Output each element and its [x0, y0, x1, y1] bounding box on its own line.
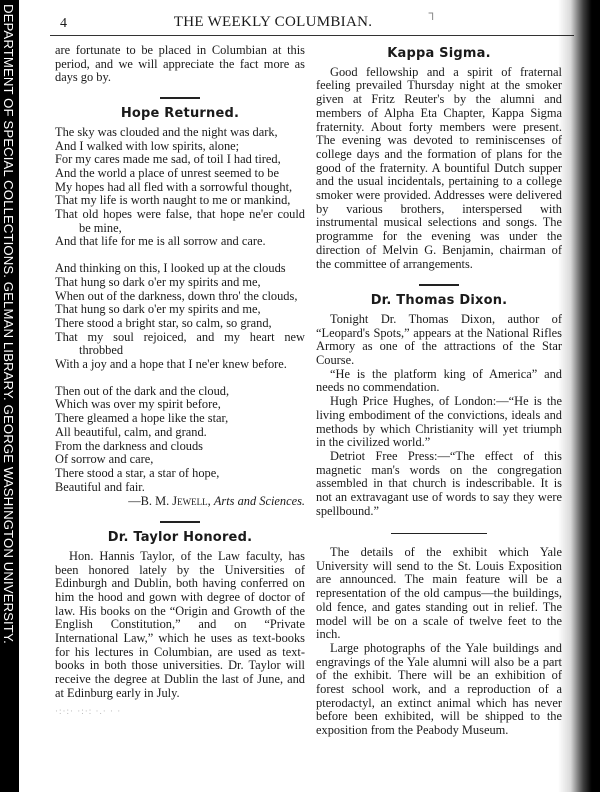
section-divider — [419, 284, 459, 286]
poem-line: My hopes had all fled with a sorrowful t… — [55, 181, 305, 195]
poem-line: When out of the darkness, down thro' the… — [55, 290, 305, 304]
newspaper-title: THE WEEKLY COLUMBIAN. — [38, 14, 508, 31]
poem-line: The sky was clouded and the night was da… — [55, 126, 305, 140]
header-rule — [50, 35, 574, 36]
poem-attribution: —B. M. Jewell, Arts and Sciences. — [55, 495, 305, 509]
poem-line: That hung so dark o'er my spirits and me… — [55, 276, 305, 290]
article-paragraph: The details of the exhibit which Yale Un… — [316, 546, 562, 642]
article-body: Hon. Hannis Taylor, of the Law faculty, … — [55, 550, 305, 701]
poem-line: And I walked with low spirits, alone; — [55, 140, 305, 154]
left-column: are fortunate to be placed in Columbian … — [55, 44, 305, 718]
poem-line: Beautiful and fair. — [55, 481, 305, 495]
bleed-through-text: ·:·:· ·:·: ·.· · · — [55, 705, 305, 719]
poem-line: That hung so dark o'er my spirits and me… — [55, 303, 305, 317]
poem-line: And that life for me is all sorrow and c… — [55, 235, 305, 249]
article-title: Dr. Taylor Honored. — [55, 531, 305, 545]
archive-credit-text: DEPARTMENT OF SPECIAL COLLECTIONS. GELMA… — [1, 4, 16, 644]
poem-line: From the darkness and clouds — [55, 440, 305, 454]
poem-line: And the world a place of unrest seemed t… — [55, 167, 305, 181]
print-mark: ᒣ — [428, 12, 434, 23]
poem-hope-returned: The sky was clouded and the night was da… — [55, 126, 305, 509]
article-body: Good fellowship and a spirit of fraterna… — [316, 66, 562, 272]
article-paragraph: “He is the platform king of America” and… — [316, 368, 562, 395]
poem-line: And thinking on this, I looked up at the… — [55, 262, 305, 276]
section-divider — [160, 97, 200, 99]
archive-credit-strip: DEPARTMENT OF SPECIAL COLLECTIONS. GELMA… — [0, 0, 19, 792]
poem-stanza: And thinking on this, I looked up at the… — [55, 262, 305, 372]
page-header: 4 THE WEEKLY COLUMBIAN. ᒣ — [38, 14, 570, 32]
poem-line: There stood a bright star, so calm, so g… — [55, 317, 305, 331]
poem-stanza: Then out of the dark and the cloud, Whic… — [55, 385, 305, 495]
author-name: Jewell — [172, 494, 207, 508]
poem-line: For my cares made me sad, of toil I had … — [55, 153, 305, 167]
section-divider — [160, 521, 200, 523]
poem-line: There gleamed a hope like the star, — [55, 412, 305, 426]
attribution-prefix: —B. M. — [128, 494, 172, 508]
intro-paragraph: are fortunate to be placed in Columbian … — [55, 44, 305, 85]
poem-line: There stood a star, a star of hope, — [55, 467, 305, 481]
scan-edge-shadow — [558, 0, 600, 792]
poem-title: Hope Returned. — [55, 107, 305, 121]
poem-line: Of sorrow and care, — [55, 453, 305, 467]
poem-stanza: The sky was clouded and the night was da… — [55, 126, 305, 249]
section-divider — [391, 533, 487, 535]
poem-line: That my life is worth naught to me or ma… — [55, 194, 305, 208]
poem-line: That old hopes were false, that hope ne'… — [55, 208, 305, 235]
right-column: Kappa Sigma. Good fellowship and a spiri… — [316, 44, 562, 738]
poem-line: With a joy and a hope that I ne'er knew … — [55, 358, 305, 372]
author-school: Arts and Sciences. — [214, 494, 305, 508]
poem-line: All beautiful, calm, and grand. — [55, 426, 305, 440]
article-paragraph: Large photographs of the Yale buildings … — [316, 642, 562, 738]
article-paragraph: Detriot Free Press:—“The effect of this … — [316, 450, 562, 519]
poem-line: That my soul rejoiced, and my heart new … — [55, 331, 305, 358]
article-title: Kappa Sigma. — [316, 47, 562, 61]
article-title: Dr. Thomas Dixon. — [316, 294, 562, 308]
article-paragraph: Tonight Dr. Thomas Dixon, author of “Leo… — [316, 313, 562, 368]
poem-line: Then out of the dark and the cloud, — [55, 385, 305, 399]
article-paragraph: Hugh Price Hughes, of London:—“He is the… — [316, 395, 562, 450]
stanza-gap — [55, 372, 305, 385]
poem-line: Which was over my spirit before, — [55, 398, 305, 412]
